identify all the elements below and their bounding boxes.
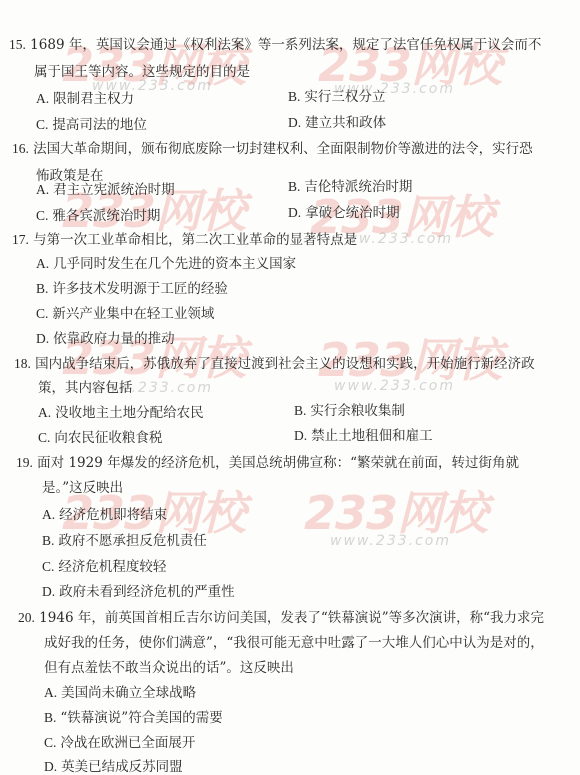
option-letter: C. [36, 208, 48, 223]
option-letter: A. [36, 91, 49, 106]
option-letter: C. [36, 117, 48, 132]
question-15-stem-line-1: 15. 1689 年，英国议会通过《权利法案》等一系列法案，规定了法官任免权属于… [9, 38, 541, 53]
option-letter: D. [36, 331, 49, 346]
question-18-stem-line-2: 策，其内容包括 [38, 382, 133, 396]
question-20-stem-line-1: 20. 1946 年，前英国首相丘吉尔访问美国，发表了“铁幕演说”等多次演讲，称… [18, 611, 544, 626]
option-letter: D. [42, 584, 55, 599]
option-text: 实行三权分立 [304, 89, 385, 105]
question-20-option-c[interactable]: C.冷战在欧洲已全面展开 [44, 736, 195, 751]
option-letter: A. [44, 685, 57, 700]
question-18-option-d[interactable]: D.禁止土地租佃和雇工 [294, 429, 433, 444]
question-17-option-b[interactable]: B.许多技术发明源于工匠的经验 [36, 282, 228, 297]
option-letter: B. [42, 533, 54, 548]
option-letter: D. [288, 115, 301, 130]
watermark-logo: 233网校 [304, 490, 487, 536]
question-15-option-d[interactable]: D.建立共和政体 [288, 116, 386, 131]
question-15-option-c[interactable]: C.提高司法的地位 [36, 118, 147, 133]
question-19-option-c[interactable]: C.经济危机程度较轻 [42, 560, 166, 575]
question-16-option-c[interactable]: C.雅各宾派统治时期 [36, 209, 160, 224]
question-16-option-a[interactable]: A.君主立宪派统治时期 [36, 183, 175, 198]
option-letter: A. [36, 182, 49, 197]
option-text: 依靠政府力量的推动 [53, 331, 175, 347]
question-18-stem-line-1: 18. 国内战争结束后，苏俄放弃了直接过渡到社会主义的设想和实践，开始施行新经济… [14, 357, 535, 372]
question-16-option-b[interactable]: B.吉伦特派统治时期 [288, 180, 412, 195]
question-18-option-c[interactable]: C.向农民征收粮食税 [38, 431, 162, 446]
question-17-option-c[interactable]: C.新兴产业集中在轻工业领域 [36, 307, 214, 322]
option-text: 许多技术发明源于工匠的经验 [52, 281, 228, 297]
option-letter: C. [36, 306, 48, 321]
question-18-option-a[interactable]: A.没收地主土地分配给农民 [38, 406, 204, 421]
question-number: 20. [18, 611, 35, 625]
option-text: 禁止土地租佃和雇工 [311, 428, 433, 444]
question-19-stem-line-2: 是。”这反映出 [42, 482, 123, 496]
question-stem-text: 面对 1929 年爆发的经济危机，美国总统胡佛宣称：“繁荣就在前面，转过街角就 [37, 455, 519, 471]
question-20-option-b[interactable]: B.“铁幕演说”符合美国的需要 [44, 711, 223, 726]
question-17-stem-line-1: 17. 与第一次工业革命相比，第二次工业革命的显著特点是 [12, 233, 357, 248]
question-15-stem-line-2: 属于国王等内容。这些规定的目的是 [34, 66, 250, 80]
question-20-option-a[interactable]: A.美国尚未确立全球战略 [44, 686, 196, 701]
question-19-option-d[interactable]: D.政府未看到经济危机的严重性 [42, 585, 235, 600]
question-16-option-d[interactable]: D.拿破仑统治时期 [288, 206, 400, 221]
question-number: 18. [14, 357, 31, 371]
watermark-url: www.233.com [334, 378, 455, 394]
option-letter: B. [288, 179, 300, 194]
question-15-option-b[interactable]: B.实行三权分立 [288, 90, 385, 105]
option-letter: A. [42, 507, 55, 522]
option-text: 吉伦特派统治时期 [304, 179, 412, 195]
question-number: 16. [12, 142, 29, 156]
option-text: 实行余粮收集制 [310, 403, 405, 419]
option-letter: C. [44, 735, 56, 750]
option-text: 雅各宾派统治时期 [52, 208, 160, 224]
question-18-option-b[interactable]: B.实行余粮收集制 [294, 404, 405, 419]
option-text: 美国尚未确立全球战略 [61, 685, 196, 701]
question-number: 19. [16, 456, 33, 470]
question-stem-text: 与第一次工业革命相比，第二次工业革命的显著特点是 [33, 232, 357, 248]
question-19-option-b[interactable]: B.政府不愿承担反危机责任 [42, 534, 207, 549]
option-text: 经济危机程度较轻 [58, 559, 166, 575]
option-text: 政府未看到经济危机的严重性 [59, 584, 235, 600]
question-number: 15. [9, 38, 26, 52]
option-text: 拿破仑统治时期 [305, 205, 400, 221]
question-number: 17. [12, 233, 29, 247]
question-19-option-a[interactable]: A.经济危机即将结束 [42, 508, 167, 523]
option-text: 没收地主土地分配给农民 [55, 405, 204, 421]
watermark-url: www.233.com [330, 533, 451, 549]
question-stem-text: 国内战争结束后，苏俄放弃了直接过渡到社会主义的设想和实践，开始施行新经济政 [35, 356, 535, 372]
option-letter: B. [288, 89, 300, 104]
exam-page: 233网校 www.233.com 233网校 www.233.com 233网… [0, 0, 580, 775]
option-letter: A. [36, 256, 49, 271]
option-text: 君主立宪派统治时期 [53, 182, 175, 198]
option-text: 冷战在欧洲已全面展开 [60, 735, 195, 751]
question-stem-text: 法国大革命期间，颁布彻底废除一切封建权利、全面限制物价等激进的法令，实行恐 [33, 141, 533, 157]
option-letter: B. [44, 710, 56, 725]
option-text: 政府不愿承担反危机责任 [58, 533, 207, 549]
question-stem-text: 1946 年，前英国首相丘吉尔访问美国，发表了“铁幕演说”等多次演讲，称“我力求… [39, 610, 544, 626]
option-letter: D. [294, 428, 307, 443]
option-letter: B. [294, 403, 306, 418]
option-text: 经济危机即将结束 [59, 507, 167, 523]
question-15-option-a[interactable]: A.限制君主权力 [36, 92, 134, 107]
option-letter: A. [38, 405, 51, 420]
option-letter: C. [38, 430, 50, 445]
question-16-stem-line-1: 16. 法国大革命期间，颁布彻底废除一切封建权利、全面限制物价等激进的法令，实行… [12, 142, 533, 157]
option-text: 建立共和政体 [305, 115, 386, 131]
option-text: “铁幕演说”符合美国的需要 [60, 710, 222, 726]
option-text: 几乎同时发生在几个先进的资本主义国家 [53, 256, 296, 272]
option-letter: B. [36, 281, 48, 296]
question-stem-text: 1689 年，英国议会通过《权利法案》等一系列法案，规定了法官任免权属于议会而不 [30, 37, 541, 53]
question-17-option-d[interactable]: D.依靠政府力量的推动 [36, 332, 175, 347]
option-text: 英美已结成反苏同盟 [61, 759, 183, 775]
question-17-option-a[interactable]: A.几乎同时发生在几个先进的资本主义国家 [36, 257, 296, 272]
question-20-stem-line-2: 成好我的任务，使你们满意”，“我很可能无意中吐露了一大堆人们心中认为是对的， [44, 637, 544, 651]
option-text: 向农民征收粮食税 [54, 430, 162, 446]
question-19-stem-line-1: 19. 面对 1929 年爆发的经济危机，美国总统胡佛宣称：“繁荣就在前面，转过… [16, 456, 519, 471]
option-letter: D. [44, 759, 57, 774]
option-text: 提高司法的地位 [52, 117, 147, 133]
option-text: 限制君主权力 [53, 91, 134, 107]
option-letter: D. [288, 205, 301, 220]
question-20-stem-line-3: 但有点羞怯不敢当众说出的话”。这反映出 [44, 662, 294, 676]
question-20-option-d[interactable]: D.英美已结成反苏同盟 [44, 760, 183, 775]
option-text: 新兴产业集中在轻工业领域 [52, 306, 214, 322]
option-letter: C. [42, 559, 54, 574]
